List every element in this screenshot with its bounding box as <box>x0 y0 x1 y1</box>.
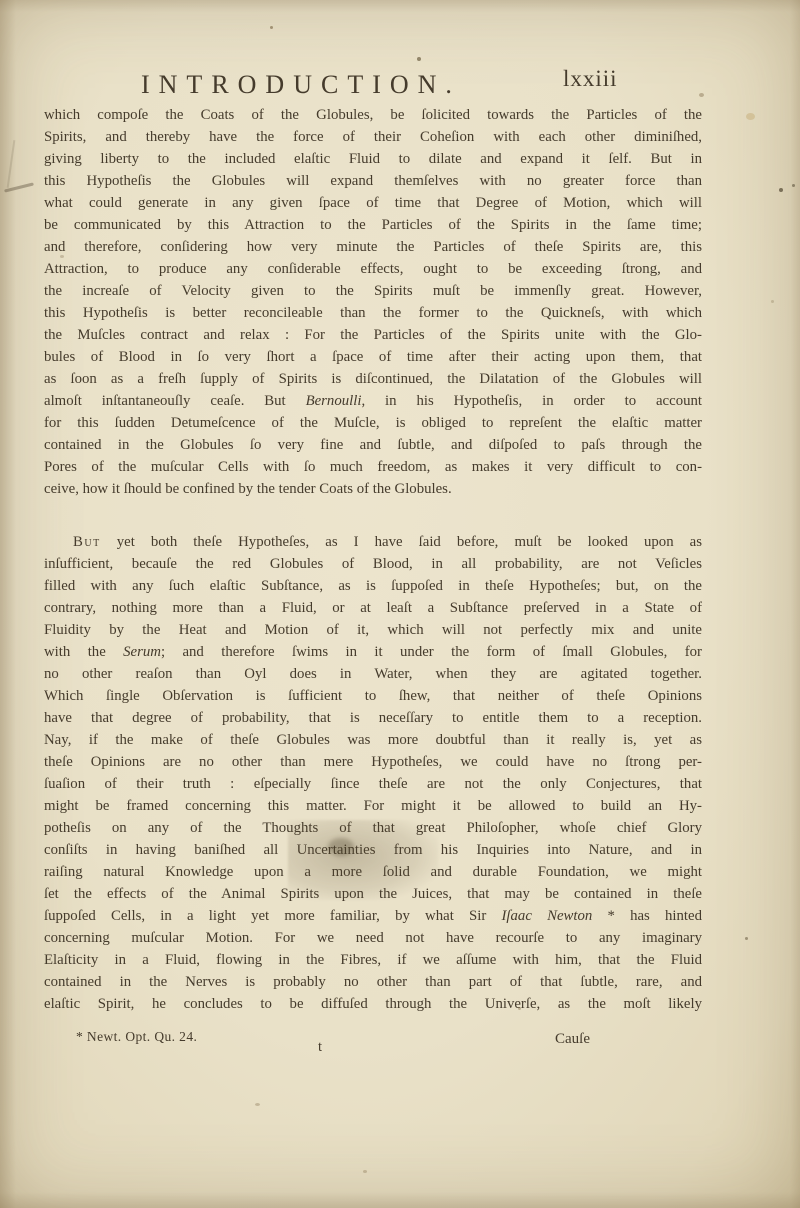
italic-text: Serum <box>123 644 161 660</box>
text-segment: ſuppoſed Cells, in a light yet more fami… <box>44 908 501 924</box>
text-line: for this ſudden Detumeſcence of the Muſc… <box>44 412 702 434</box>
text-line: Which ſingle Obſervation is ſufficient t… <box>44 685 702 707</box>
text-line: what could generate in any given ſpace o… <box>44 192 702 214</box>
text-line: the increaſe of Velocity given to the Sp… <box>44 280 702 302</box>
text-segment: Nay, if the make of theſe Globules was m… <box>44 732 702 748</box>
page-number: lxxiii <box>563 66 618 92</box>
text-line: Pores of the muſcular Cells with ſo much… <box>44 456 702 478</box>
text-segment: contrary, nothing more than a Fluid, or … <box>44 600 702 616</box>
text-segment: Fluidity by the Heat and Motion of it, w… <box>44 622 702 638</box>
text-line: Nay, if the make of theſe Globules was m… <box>44 729 702 751</box>
text-line: the Muſcles contract and relax : For the… <box>44 324 702 346</box>
text-line: this Hypotheſis the Globules will expand… <box>44 170 702 192</box>
text-line: might be framed concerning this matter. … <box>44 795 702 817</box>
text-segment: inſufficient, becauſe the red Globules o… <box>44 556 702 572</box>
text-segment: what could generate in any given ſpace o… <box>44 195 702 211</box>
text-line: ceive, how it ſhould be confined by the … <box>44 478 702 500</box>
text-segment: contained in the Globules ſo very fine a… <box>44 437 702 453</box>
text-line: be communicated by this Attraction to th… <box>44 214 702 236</box>
page-title: INTRODUCTION. <box>141 70 461 100</box>
text-segment: ceive, how it ſhould be confined by the … <box>44 481 452 497</box>
text-segment: Pores of the muſcular Cells with ſo much… <box>44 459 702 475</box>
paper-speck <box>745 937 748 940</box>
text-line: Spirits, and thereby have the force of t… <box>44 126 702 148</box>
text-segment: Elaſticity in a Fluid, flowing in the Fi… <box>44 952 702 968</box>
text-segment: with the <box>44 644 123 660</box>
text-line: ſuppoſed Cells, in a light yet more fami… <box>44 905 702 927</box>
text-segment: no other reaſon than Oyl does in Water, … <box>44 666 702 682</box>
text-segment: contained in the Nerves is probably no o… <box>44 974 702 990</box>
text-line: inſufficient, becauſe the red Globules o… <box>44 553 702 575</box>
paper-speck <box>518 1007 521 1010</box>
paper-speck <box>255 1103 260 1106</box>
text-line: filled with any ſuch elaſtic Subſtance, … <box>44 575 702 597</box>
paper-speck <box>779 188 783 192</box>
italic-text: Bernoulli <box>306 393 362 409</box>
text-segment: concerning muſcular Motion. For we need … <box>44 930 702 946</box>
text-segment: theſe Opinions are no other than mere Hy… <box>44 754 702 770</box>
text-line: Fluidity by the Heat and Motion of it, w… <box>44 619 702 641</box>
paragraph: which compoſe the Coats of the Globules,… <box>44 104 702 500</box>
text-line: contrary, nothing more than a Fluid, or … <box>44 597 702 619</box>
text-segment: be communicated by this Attraction to th… <box>44 217 702 233</box>
text-segment: this Hypotheſis is better reconcileable … <box>44 305 702 321</box>
text-segment: yet both theſe Hypotheſes, as I have ſai… <box>101 534 702 550</box>
text-segment: Spirits, and thereby have the force of t… <box>44 129 702 145</box>
text-line: elaſtic Spirit, he concludes to be diffu… <box>44 993 702 1015</box>
text-segment: Which ſingle Obſervation is ſufficient t… <box>44 688 702 704</box>
text-line: contained in the Nerves is probably no o… <box>44 971 702 993</box>
text-line: Elaſticity in a Fluid, flowing in the Fi… <box>44 949 702 971</box>
text-segment: and therefore, conſidering how very minu… <box>44 239 702 255</box>
text-segment: the Muſcles contract and relax : For the… <box>44 327 702 343</box>
catchword: Cauſe <box>555 1031 590 1048</box>
text-line: as ſoon as a freſh ſupply of Spirits is … <box>44 368 702 390</box>
text-line: have that degree of probability, that is… <box>44 707 702 729</box>
text-segment: ſuaſion of their truth : eſpecially ſinc… <box>44 776 702 792</box>
text-line: and therefore, conſidering how very minu… <box>44 236 702 258</box>
paper-speck <box>60 255 64 258</box>
paper-speck <box>363 1170 367 1173</box>
text-line: Attraction, to produce any conſiderable … <box>44 258 702 280</box>
text-segment: this Hypotheſis the Globules will expand… <box>44 173 702 189</box>
text-line: contained in the Globules ſo very fine a… <box>44 434 702 456</box>
text-segment: the increaſe of Velocity given to the Sp… <box>44 283 702 299</box>
text-line: this Hypotheſis is better reconcileable … <box>44 302 702 324</box>
text-line: with the Serum; and therefore ſwims in i… <box>44 641 702 663</box>
paper-speck <box>417 57 421 61</box>
text-line: theſe Opinions are no other than mere Hy… <box>44 751 702 773</box>
text-segment: almoſt inſtantaneouſly ceaſe. But <box>44 393 306 409</box>
signature-mark: t <box>318 1039 322 1056</box>
paper-speck <box>746 113 755 120</box>
text-segment: elaſtic Spirit, he concludes to be diffu… <box>44 996 702 1012</box>
book-page: INTRODUCTION. lxxiii which compoſe the C… <box>0 0 800 1208</box>
italic-text: Iſaac Newton <box>501 908 592 924</box>
ink-smudge <box>328 838 354 856</box>
scratch-mark <box>7 140 16 188</box>
text-segment: bules of Blood in ſo very ſhort a ſpace … <box>44 349 702 365</box>
text-segment: filled with any ſuch elaſtic Subſtance, … <box>44 578 702 594</box>
text-segment: for this ſudden Detumeſcence of the Muſc… <box>44 415 702 431</box>
ink-smudge <box>288 820 438 900</box>
text-segment: as ſoon as a freſh ſupply of Spirits is … <box>44 371 702 387</box>
footnote: * Newt. Opt. Qu. 24. <box>76 1029 197 1045</box>
text-segment: Attraction, to produce any conſiderable … <box>44 261 702 277</box>
text-line: bules of Blood in ſo very ſhort a ſpace … <box>44 346 702 368</box>
text-segment: , in his Hypotheſis, in order to account <box>361 393 702 409</box>
paper-speck <box>699 93 704 97</box>
text-line: no other reaſon than Oyl does in Water, … <box>44 663 702 685</box>
text-line: But yet both theſe Hypotheſes, as I have… <box>44 531 702 553</box>
text-line: ſuaſion of their truth : eſpecially ſinc… <box>44 773 702 795</box>
small-caps-text: But <box>73 534 101 550</box>
text-segment: might be framed concerning this matter. … <box>44 798 702 814</box>
text-line: concerning muſcular Motion. For we need … <box>44 927 702 949</box>
text-segment: giving liberty to the included elaſtic F… <box>44 151 702 167</box>
paper-speck <box>270 26 273 29</box>
paper-speck <box>792 184 795 187</box>
text-segment: ; and therefore ſwims in it under the fo… <box>161 644 702 660</box>
text-segment: * has hinted <box>592 908 702 924</box>
text-line: which compoſe the Coats of the Globules,… <box>44 104 702 126</box>
page-header: INTRODUCTION. lxxiii <box>0 0 800 102</box>
paragraph: But yet both theſe Hypotheſes, as I have… <box>44 531 702 1015</box>
text-line: almoſt inſtantaneouſly ceaſe. But Bernou… <box>44 390 702 412</box>
text-line: giving liberty to the included elaſtic F… <box>44 148 702 170</box>
paper-speck <box>771 300 774 303</box>
text-segment: which compoſe the Coats of the Globules,… <box>44 107 702 123</box>
text-segment: have that degree of probability, that is… <box>44 710 702 726</box>
